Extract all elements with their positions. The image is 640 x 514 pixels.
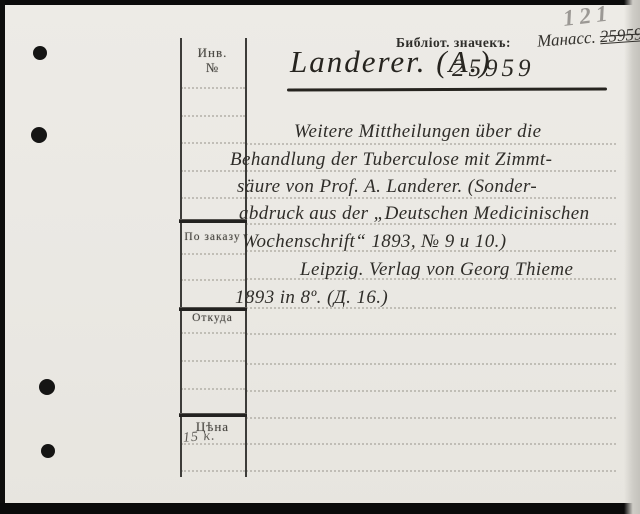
scan-edge-right bbox=[624, 0, 640, 514]
ruled-dotted-line bbox=[181, 470, 245, 472]
inventory-number-handwritten: 25959 bbox=[452, 55, 535, 83]
scan-edge-left bbox=[0, 0, 5, 514]
catalog-card: Инв. № По заказу Откуда Цѣна 15 к. 121 Б… bbox=[0, 0, 640, 514]
ruled-dotted-line bbox=[246, 390, 616, 392]
inventory-number-sign: № bbox=[180, 60, 245, 76]
body-line: Leipzig. Verlag von Georg Thieme bbox=[230, 259, 640, 281]
punch-hole bbox=[41, 444, 55, 458]
column-border-left bbox=[180, 38, 182, 477]
ruled-dotted-line bbox=[181, 388, 245, 390]
ruled-dotted-line bbox=[181, 87, 245, 89]
section-divider bbox=[179, 413, 247, 417]
body-line: Weitere Mittheilungen über die bbox=[230, 121, 640, 143]
ruled-dotted-line bbox=[246, 333, 616, 335]
ruled-dotted-line bbox=[246, 417, 616, 419]
body-line: säure von Prof. A. Landerer. (Sonder- bbox=[230, 176, 637, 198]
column-border-right bbox=[245, 38, 247, 477]
ruled-dotted-line bbox=[246, 470, 616, 472]
stamp-crossed-number: 25959 bbox=[599, 24, 640, 46]
body-line: abdruck aus der „Deutschen Medicinischen bbox=[230, 203, 639, 225]
body-line: Behandlung der Tuberculose mit Zimmt- bbox=[230, 149, 630, 171]
ruled-dotted-line bbox=[181, 115, 245, 117]
ruled-dotted-line bbox=[246, 143, 616, 145]
ruled-dotted-line bbox=[246, 443, 616, 445]
body-line: Wochenschrift“ 1893, № 9 и 10.) bbox=[230, 231, 640, 253]
punch-hole bbox=[33, 46, 47, 60]
body-line: 1893 in 8º. (Д. 16.) bbox=[230, 287, 635, 309]
inventory-label: Инв. bbox=[180, 45, 245, 61]
ruled-dotted-line bbox=[246, 363, 616, 365]
heading-underline bbox=[287, 87, 607, 91]
scan-edge-bottom bbox=[0, 503, 640, 514]
origin-label: Откуда bbox=[180, 312, 245, 324]
ruled-dotted-line bbox=[181, 332, 245, 334]
stamp-name: Манасс. bbox=[536, 28, 596, 51]
ruled-dotted-line bbox=[181, 360, 245, 362]
punch-hole bbox=[39, 379, 55, 395]
ruled-dotted-line bbox=[181, 253, 245, 255]
scan-edge-top bbox=[0, 0, 640, 5]
punch-hole bbox=[31, 127, 47, 143]
